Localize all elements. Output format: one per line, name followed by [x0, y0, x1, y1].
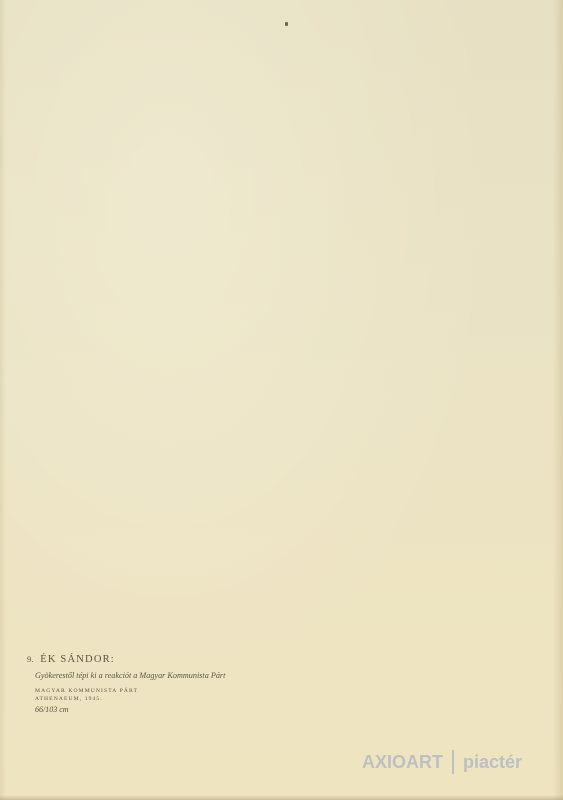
caption-dimensions: 66/103 cm — [35, 705, 235, 714]
caption-printer: ATHENAEUM, 1945. — [35, 695, 235, 703]
paper-right-edge — [553, 0, 563, 800]
axioart-watermark: AXIOART piactér — [362, 750, 522, 774]
caption-heading: 9. ÉK SÁNDOR: — [27, 654, 235, 665]
watermark-sub: piactér — [463, 752, 522, 773]
catalog-caption: 9. ÉK SÁNDOR: Gyökerestől tépi ki a reak… — [27, 654, 235, 714]
caption-title: Gyökerestől tépi ki a reakciót a Magyar … — [35, 671, 235, 681]
watermark-brand: AXIOART — [362, 752, 443, 773]
paper-blemish-mark — [285, 22, 288, 26]
caption-number: 9. — [27, 654, 33, 664]
paper-left-edge — [0, 0, 6, 800]
caption-publisher: MAGYAR KOMMUNISTA PÁRT — [35, 687, 235, 695]
paper-bottom-edge — [0, 795, 563, 800]
watermark-divider — [452, 750, 454, 774]
caption-artist: ÉK SÁNDOR: — [40, 654, 115, 665]
poster-back-sheet: 9. ÉK SÁNDOR: Gyökerestől tépi ki a reak… — [0, 0, 563, 800]
